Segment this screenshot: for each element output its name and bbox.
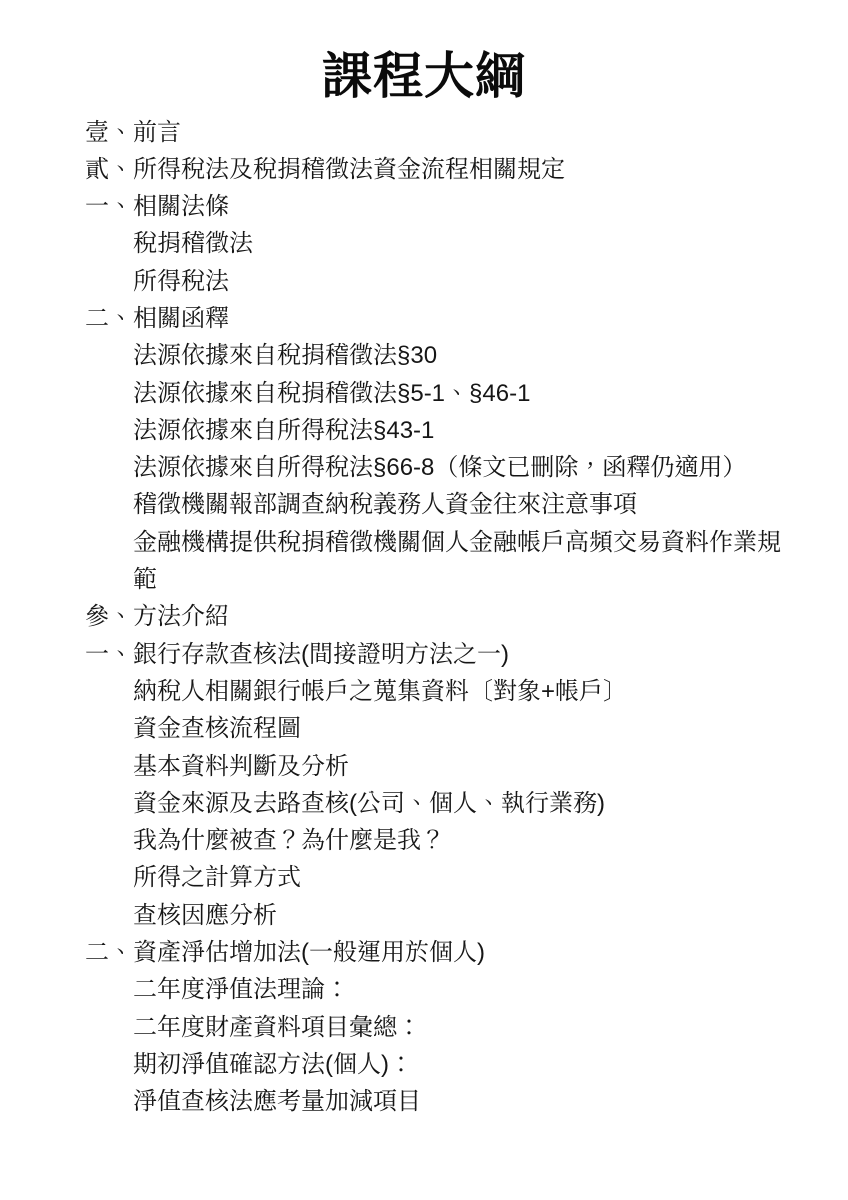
outline-entry: 稽徵機關報部調查納稅義務人資金往來注意事項 (85, 486, 793, 523)
outline-entry: 所得之計算方式 (85, 859, 793, 896)
outline-section-heading: 一、銀行存款查核法(間接證明方法之一) (85, 636, 818, 673)
outline-entry: 納稅人相關銀行帳戶之蒐集資料〔對象+帳戶〕 (85, 673, 793, 710)
outline-entry: 資金來源及去路查核(公司、個人、執行業務) (85, 785, 793, 822)
outline-entry: 法源依據來自稅捐稽徵法§30 (85, 337, 793, 374)
outline-entry: 金融機構提供稅捐稽徵機關個人金融帳戶高頻交易資料作業規範 (85, 524, 793, 599)
outline-section-heading: 壹、前言 (85, 114, 818, 151)
page-title: 課程大綱 (0, 0, 848, 103)
outline-section-heading: 貳、所得稅法及稅捐稽徵法資金流程相關規定 (85, 151, 818, 188)
outline-section-heading: 參、方法介紹 (85, 598, 818, 635)
outline-entry: 二年度淨值法理論： (85, 971, 793, 1008)
outline-entry: 稅捐稽徵法 (85, 225, 793, 262)
outline-entry: 法源依據來自稅捐稽徵法§5-1、§46-1 (85, 375, 793, 412)
course-outline-list: 壹、前言貳、所得稅法及稅捐稽徵法資金流程相關規定一、相關法條稅捐稽徵法所得稅法二… (0, 114, 848, 1121)
outline-entry: 淨值查核法應考量加減項目 (85, 1083, 793, 1120)
outline-entry: 資金查核流程圖 (85, 710, 793, 747)
outline-section-heading: 一、相關法條 (85, 188, 818, 225)
outline-entry: 期初淨值確認方法(個人)： (85, 1046, 793, 1083)
outline-entry: 法源依據來自所得稅法§43-1 (85, 412, 793, 449)
outline-entry: 基本資料判斷及分析 (85, 748, 793, 785)
outline-entry: 二年度財產資料項目彙總： (85, 1009, 793, 1046)
document-page: 課程大綱 壹、前言貳、所得稅法及稅捐稽徵法資金流程相關規定一、相關法條稅捐稽徵法… (0, 0, 848, 1200)
outline-section-heading: 二、資產淨估增加法(一般運用於個人) (85, 934, 818, 971)
outline-entry: 所得稅法 (85, 263, 793, 300)
outline-entry: 查核因應分析 (85, 897, 793, 934)
outline-entry: 我為什麼被查？為什麼是我？ (85, 822, 793, 859)
outline-section-heading: 二、相關函釋 (85, 300, 818, 337)
outline-entry: 法源依據來自所得稅法§66-8（條文已刪除，函釋仍適用） (85, 449, 793, 486)
